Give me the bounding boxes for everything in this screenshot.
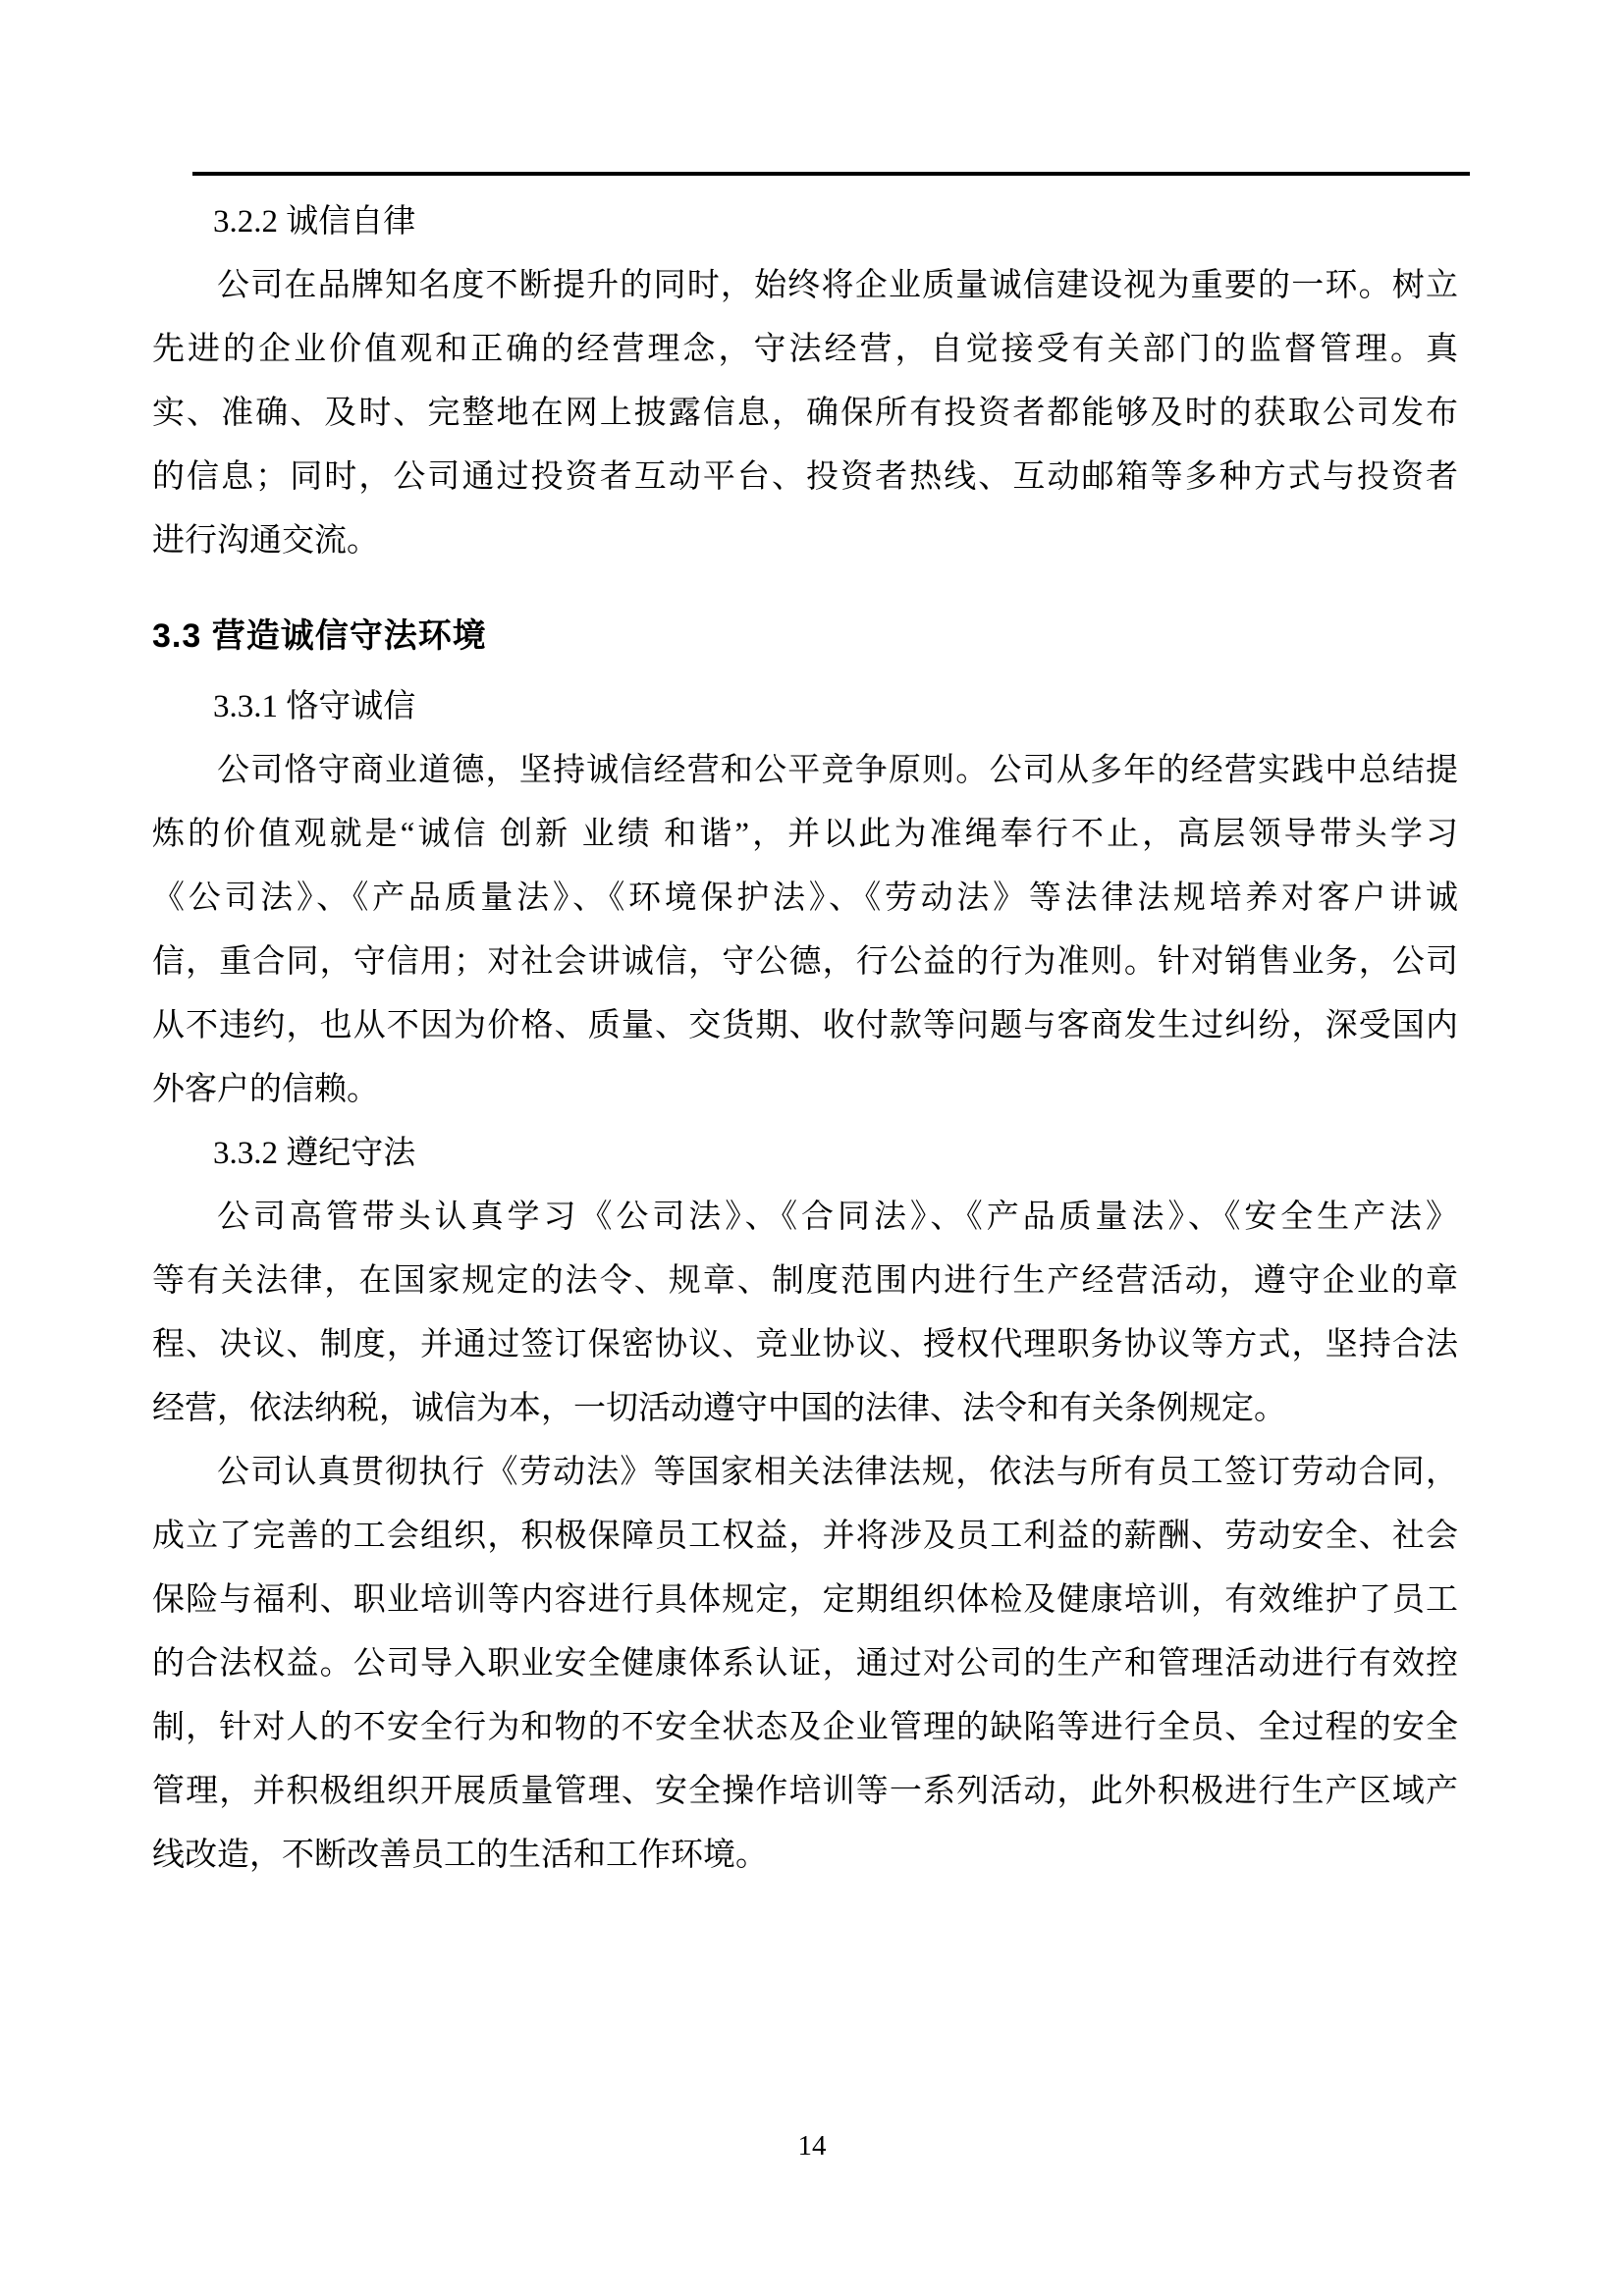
text-line: 线改造，不断改善员工的生活和工作环境。: [152, 1824, 1458, 1888]
text-line: 公司认真贯彻执行《劳动法》等国家相关法律法规，依法与所有员工签订劳动合同，: [152, 1441, 1458, 1505]
sub-section-heading: 3.3.1 恪守诚信: [152, 675, 1458, 739]
sub-section-heading: 3.2.2 诚信自律: [152, 190, 1458, 254]
text-line: 制，针对人的不安全行为和物的不安全状态及企业管理的缺陷等进行全员、全过程的安全: [152, 1696, 1458, 1760]
section-heading: 3.3 营造诚信守法环境: [152, 605, 1458, 668]
paragraph: 公司恪守商业道德，坚持诚信经营和公平竞争原则。公司从多年的经营实践中总结提炼的价…: [152, 739, 1458, 1122]
text-line: 程、决议、制度，并通过签订保密协议、竞业协议、授权代理职务协议等方式，坚持合法: [152, 1313, 1458, 1377]
text-line: 公司在品牌知名度不断提升的同时，始终将企业质量诚信建设视为重要的一环。树立: [152, 254, 1458, 318]
document-page: 3.2.2 诚信自律公司在品牌知名度不断提升的同时，始终将企业质量诚信建设视为重…: [0, 0, 1624, 2296]
text-line: 外客户的信赖。: [152, 1058, 1458, 1122]
text-line: 公司恪守商业道德，坚持诚信经营和公平竞争原则。公司从多年的经营实践中总结提: [152, 739, 1458, 803]
paragraph: 公司在品牌知名度不断提升的同时，始终将企业质量诚信建设视为重要的一环。树立先进的…: [152, 254, 1458, 573]
text-line: 实、准确、及时、完整地在网上披露信息，确保所有投资者都能够及时的获取公司发布: [152, 382, 1458, 446]
text-line: 的合法权益。公司导入职业安全健康体系认证，通过对公司的生产和管理活动进行有效控: [152, 1632, 1458, 1696]
page-number: 14: [0, 2126, 1624, 2165]
sub-section-heading: 3.3.2 遵纪守法: [152, 1122, 1458, 1186]
text-line: 《公司法》、《产品质量法》、《环境保护法》、《劳动法》等法律法规培养对客户讲诚: [152, 867, 1458, 931]
text-line: 信，重合同，守信用；对社会讲诚信，守公德，行公益的行为准则。针对销售业务，公司: [152, 931, 1458, 994]
text-line: 等有关法律，在国家规定的法令、规章、制度范围内进行生产经营活动，遵守企业的章: [152, 1250, 1458, 1313]
text-line: 经营，依法纳税，诚信为本，一切活动遵守中国的法律、法令和有关条例规定。: [152, 1377, 1458, 1441]
text-line: 成立了完善的工会组织，积极保障员工权益，并将涉及员工利益的薪酬、劳动安全、社会: [152, 1505, 1458, 1569]
paragraph: 公司认真贯彻执行《劳动法》等国家相关法律法规，依法与所有员工签订劳动合同，成立了…: [152, 1441, 1458, 1888]
document-content: 3.2.2 诚信自律公司在品牌知名度不断提升的同时，始终将企业质量诚信建设视为重…: [152, 190, 1458, 1888]
text-line: 公司高管带头认真学习《公司法》、《合同法》、《产品质量法》、《安全生产法》: [152, 1186, 1458, 1250]
text-line: 进行沟通交流。: [152, 509, 1458, 573]
paragraph: 公司高管带头认真学习《公司法》、《合同法》、《产品质量法》、《安全生产法》等有关…: [152, 1186, 1458, 1441]
text-line: 管理，并积极组织开展质量管理、安全操作培训等一系列活动，此外积极进行生产区域产: [152, 1760, 1458, 1824]
text-line: 炼的价值观就是“诚信 创新 业绩 和谐”，并以此为准绳奉行不止，高层领导带头学习: [152, 803, 1458, 867]
text-line: 先进的企业价值观和正确的经营理念，守法经营，自觉接受有关部门的监督管理。真: [152, 318, 1458, 382]
header-rule: [192, 172, 1470, 176]
text-line: 的信息；同时，公司通过投资者互动平台、投资者热线、互动邮箱等多种方式与投资者: [152, 446, 1458, 509]
text-line: 从不违约，也从不因为价格、质量、交货期、收付款等问题与客商发生过纠纷，深受国内: [152, 994, 1458, 1058]
text-line: 保险与福利、职业培训等内容进行具体规定，定期组织体检及健康培训，有效维护了员工: [152, 1569, 1458, 1632]
